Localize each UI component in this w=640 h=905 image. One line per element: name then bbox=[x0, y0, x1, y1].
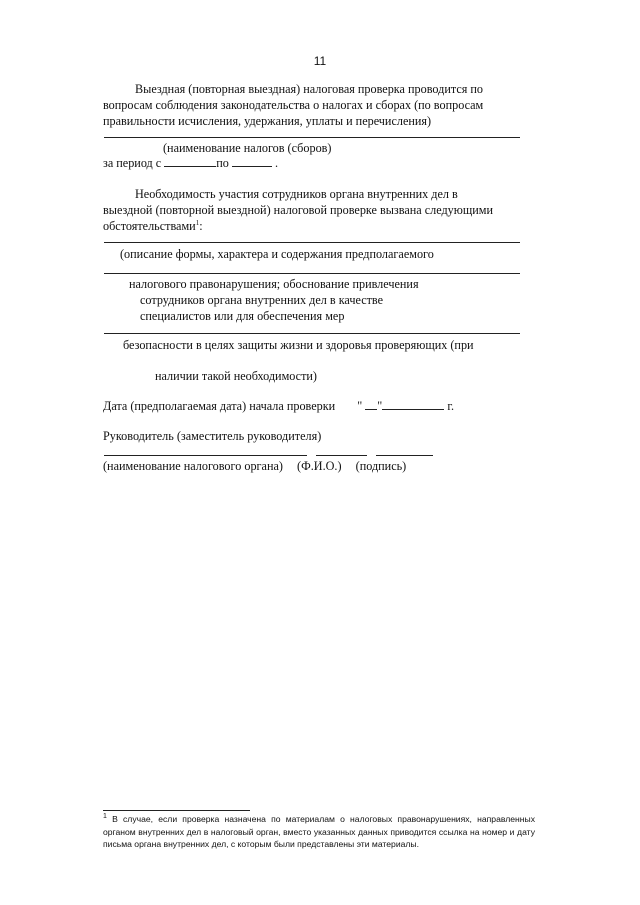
footnote-marker: 1 bbox=[103, 813, 107, 820]
signature-captions: (наименование налогового органа) (Ф.И.О.… bbox=[103, 458, 406, 474]
necessity-line-2: выездной (повторной выездной) налоговой … bbox=[103, 202, 493, 218]
necessity-colon: : bbox=[199, 219, 202, 233]
taxes-fill-line[interactable] bbox=[104, 137, 520, 138]
quote-open: " bbox=[357, 399, 362, 413]
circumstances-fill-line-1[interactable] bbox=[104, 242, 520, 243]
period-suffix: . bbox=[275, 156, 278, 170]
caption-tax-authority: (наименование налогового органа) bbox=[103, 459, 283, 473]
footnote-text: В случае, если проверка назначена по мат… bbox=[103, 814, 535, 849]
necessity-line-3-text: обстоятельствами bbox=[103, 219, 196, 233]
full-name-fill-line[interactable] bbox=[316, 455, 367, 456]
footnote-separator bbox=[103, 810, 250, 811]
period-to-field[interactable] bbox=[232, 156, 272, 167]
start-month-year-field[interactable] bbox=[382, 399, 444, 410]
intro-line-1: Выездная (повторная выездная) налоговая … bbox=[135, 81, 483, 97]
footnote: 1 В случае, если проверка назначена по м… bbox=[103, 813, 535, 851]
caption-full-name: (Ф.И.О.) bbox=[297, 459, 342, 473]
necessity-line-1: Необходимость участия сотрудников органа… bbox=[135, 186, 458, 202]
period-middle: по bbox=[216, 156, 229, 170]
circumstances-fill-line-2[interactable] bbox=[104, 273, 520, 274]
description-line-4: специалистов или для обеспечения мер bbox=[140, 308, 344, 324]
necessity-line-3: обстоятельствами1: bbox=[103, 218, 203, 234]
description-line-5: безопасности в целях защиты жизни и здор… bbox=[123, 337, 474, 353]
period-from-field[interactable] bbox=[164, 156, 216, 167]
description-line-3: сотрудников органа внутренних дел в каче… bbox=[140, 292, 383, 308]
caption-signature: (подпись) bbox=[356, 459, 407, 473]
document-page: 11 Выездная (повторная выездная) налогов… bbox=[0, 0, 640, 905]
period-prefix: за период с bbox=[103, 156, 161, 170]
intro-line-3: правильности исчисления, удержания, упла… bbox=[103, 113, 431, 129]
description-line-2: налогового правонарушения; обоснование п… bbox=[129, 276, 419, 292]
start-day-field[interactable] bbox=[365, 399, 377, 410]
circumstances-fill-line-3[interactable] bbox=[104, 333, 520, 334]
period-row: за период с по . bbox=[103, 155, 278, 171]
taxes-caption: (наименование налогов (сборов) bbox=[163, 140, 331, 156]
description-line-1: (описание формы, характера и содержания … bbox=[120, 246, 434, 262]
tax-authority-fill-line[interactable] bbox=[104, 455, 307, 456]
intro-line-2: вопросам соблюдения законодательства о н… bbox=[103, 97, 483, 113]
signature-fill-line[interactable] bbox=[376, 455, 433, 456]
year-suffix: г. bbox=[447, 399, 454, 413]
page-number: 11 bbox=[0, 54, 640, 68]
head-label: Руководитель (заместитель руководителя) bbox=[103, 428, 321, 444]
start-date-label: Дата (предполагаемая дата) начала провер… bbox=[103, 399, 335, 413]
start-date-row: Дата (предполагаемая дата) начала провер… bbox=[103, 398, 454, 414]
description-line-6: наличии такой необходимости) bbox=[155, 368, 317, 384]
